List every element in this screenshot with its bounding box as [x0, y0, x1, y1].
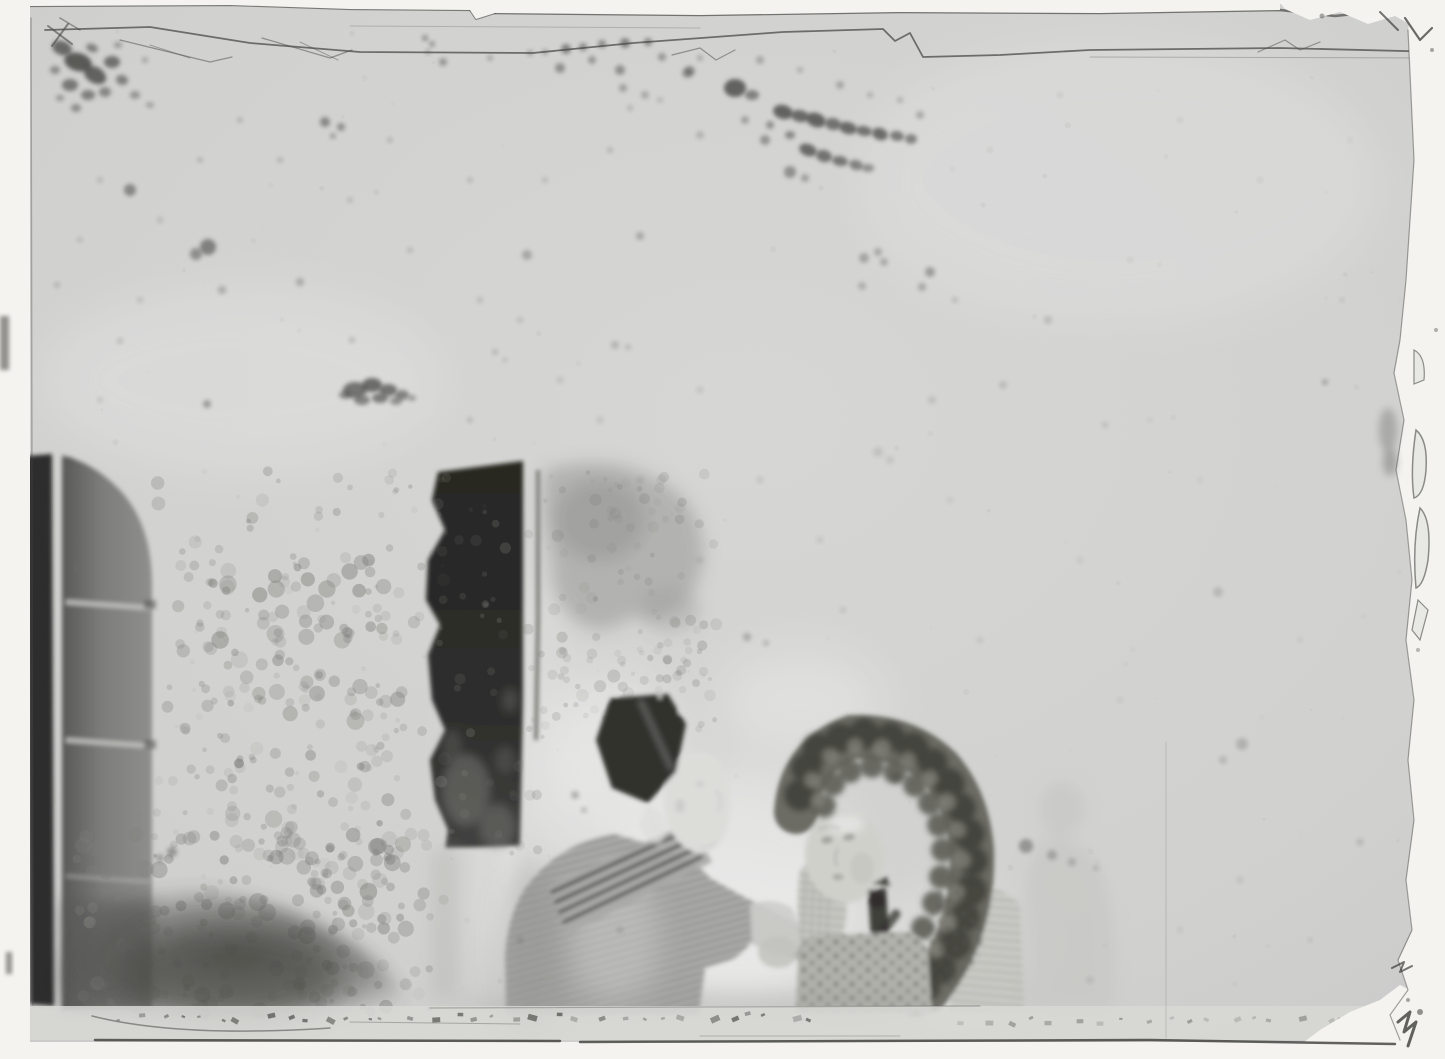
edge-dust-dot — [1430, 48, 1434, 52]
bottom-left-corner — [0, 1005, 30, 1059]
bottom-edge-line-1 — [95, 1040, 560, 1041]
edge-dust-dot — [1434, 328, 1438, 332]
film-grain-overlay — [28, 4, 1414, 1044]
edge-dust-dot — [1320, 14, 1325, 19]
edge-dust-dot — [1417, 1009, 1423, 1015]
edge-dust-dot — [1416, 648, 1420, 652]
glass-plate-photo-scan — [0, 0, 1445, 1059]
edge-dust-dot — [1406, 998, 1410, 1002]
left-edge-dark-tick — [6, 952, 12, 974]
bottom-margin — [0, 1042, 1445, 1059]
left-margin — [0, 0, 30, 1059]
edge-smudge — [1379, 408, 1397, 452]
edge-smudge-small — [1383, 448, 1397, 476]
photo-canvas — [0, 0, 1445, 1059]
left-edge-dark-streak — [0, 316, 9, 370]
